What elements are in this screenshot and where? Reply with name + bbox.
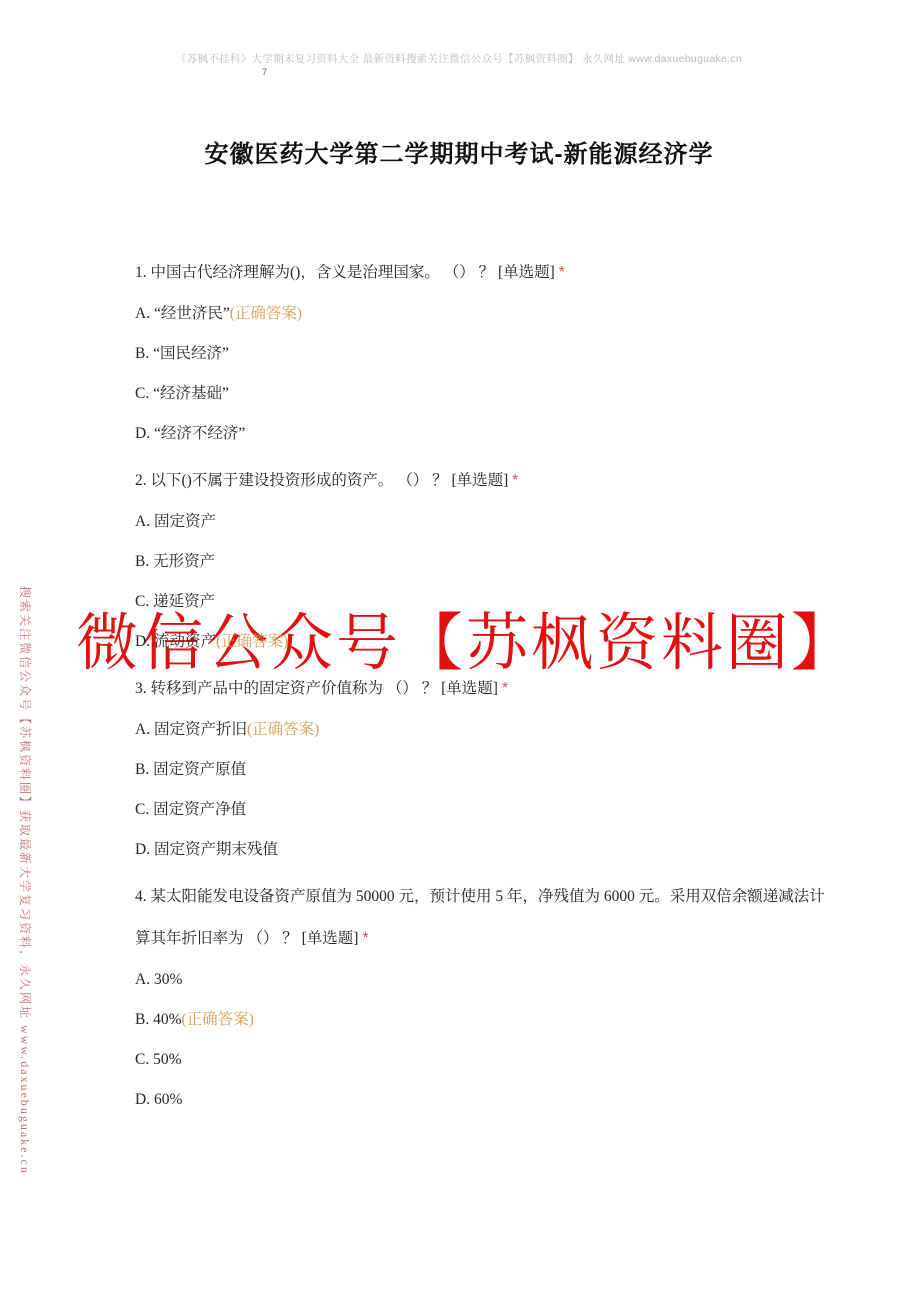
required-asterisk: * — [512, 472, 518, 489]
question-block: 4. 某太阳能发电设备资产原值为 50000 元，预计使用 5 年，净残值为 6… — [135, 876, 825, 1120]
question-text-span: 4. 某太阳能发电设备资产原值为 50000 元，预计使用 5 年，净残值为 6… — [135, 888, 825, 947]
option-label: D. 60% — [135, 1091, 182, 1108]
correct-answer-tag: (正确答案) — [182, 1011, 254, 1028]
answer-option: B. 固定资产原值 — [135, 750, 825, 790]
exam-page: 《苏枫不挂科》大学期末复习资料大全 最新资料搜索关注微信公众号【苏枫资料圈】 永… — [0, 0, 918, 1298]
header-watermark: 《苏枫不挂科》大学期末复习资料大全 最新资料搜索关注微信公众号【苏枫资料圈】 永… — [0, 51, 918, 66]
option-label: B. 固定资产原值 — [135, 761, 246, 778]
exam-title: 安徽医药大学第二学期期中考试-新能源经济学 — [0, 134, 918, 169]
option-label: A. 固定资产 — [135, 513, 216, 530]
question-block: 3. 转移到产品中的固定资产价值称为 （） ？ [单选题]*A. 固定资产折旧(… — [135, 668, 825, 870]
answer-option: D. 60% — [135, 1080, 825, 1120]
answer-option: C. 递延资产 — [135, 582, 825, 622]
question-block: 2. 以下()不属于建设投资形成的资产。 （） ？ [单选题]*A. 固定资产B… — [135, 460, 825, 662]
required-asterisk: * — [559, 264, 565, 281]
stray-mark: 7 — [262, 67, 267, 77]
correct-answer-tag: (正确答案) — [230, 305, 302, 322]
answer-option: A. 固定资产折旧(正确答案) — [135, 710, 825, 750]
answer-option: B. 40%(正确答案) — [135, 1000, 825, 1040]
answer-option: D. “经济不经济” — [135, 414, 825, 454]
option-label: A. 30% — [135, 971, 182, 988]
side-vertical-watermark: 搜索关注微信公众号【苏枫资料圈】获取最新大学复习资料，永久网址 www.daxu… — [17, 586, 34, 1175]
answer-option: C. 50% — [135, 1040, 825, 1080]
question-text: 4. 某太阳能发电设备资产原值为 50000 元，预计使用 5 年，净残值为 6… — [135, 876, 825, 960]
question-text-span: 1. 中国古代经济理解为()，含义是治理国家。 （） ？ [单选题] — [135, 264, 555, 281]
option-label: A. “经世济民” — [135, 305, 230, 322]
answer-option: B. 无形资产 — [135, 542, 825, 582]
option-label: C. 固定资产净值 — [135, 801, 246, 818]
correct-answer-tag: (正确答案) — [247, 721, 319, 738]
option-label: B. 无形资产 — [135, 553, 215, 570]
answer-option: A. “经世济民”(正确答案) — [135, 294, 825, 334]
option-label: C. “经济基础” — [135, 385, 229, 402]
option-label: D. 流动资产 — [135, 633, 216, 650]
question-text: 3. 转移到产品中的固定资产价值称为 （） ？ [单选题]* — [135, 668, 825, 710]
option-label: D. 固定资产期末残值 — [135, 841, 278, 858]
answer-option: C. 固定资产净值 — [135, 790, 825, 830]
answer-option: D. 固定资产期末残值 — [135, 830, 825, 870]
answer-option: B. “国民经济” — [135, 334, 825, 374]
required-asterisk: * — [362, 930, 368, 947]
answer-option: A. 固定资产 — [135, 502, 825, 542]
question-list: 1. 中国古代经济理解为()，含义是治理国家。 （） ？ [单选题]*A. “经… — [135, 252, 825, 1120]
required-asterisk: * — [502, 680, 508, 697]
correct-answer-tag: (正确答案) — [216, 633, 288, 650]
question-text-span: 3. 转移到产品中的固定资产价值称为 （） ？ [单选题] — [135, 680, 498, 697]
answer-option: A. 30% — [135, 960, 825, 1000]
option-label: C. 50% — [135, 1051, 182, 1068]
option-label: C. 递延资产 — [135, 593, 215, 610]
question-block: 1. 中国古代经济理解为()，含义是治理国家。 （） ？ [单选题]*A. “经… — [135, 252, 825, 454]
option-label: D. “经济不经济” — [135, 425, 245, 442]
question-text: 2. 以下()不属于建设投资形成的资产。 （） ？ [单选题]* — [135, 460, 825, 502]
option-label: B. 40% — [135, 1011, 182, 1028]
answer-option: C. “经济基础” — [135, 374, 825, 414]
question-text-span: 2. 以下()不属于建设投资形成的资产。 （） ？ [单选题] — [135, 472, 508, 489]
answer-option: D. 流动资产(正确答案) — [135, 622, 825, 662]
option-label: A. 固定资产折旧 — [135, 721, 247, 738]
question-text: 1. 中国古代经济理解为()，含义是治理国家。 （） ？ [单选题]* — [135, 252, 825, 294]
option-label: B. “国民经济” — [135, 345, 229, 362]
